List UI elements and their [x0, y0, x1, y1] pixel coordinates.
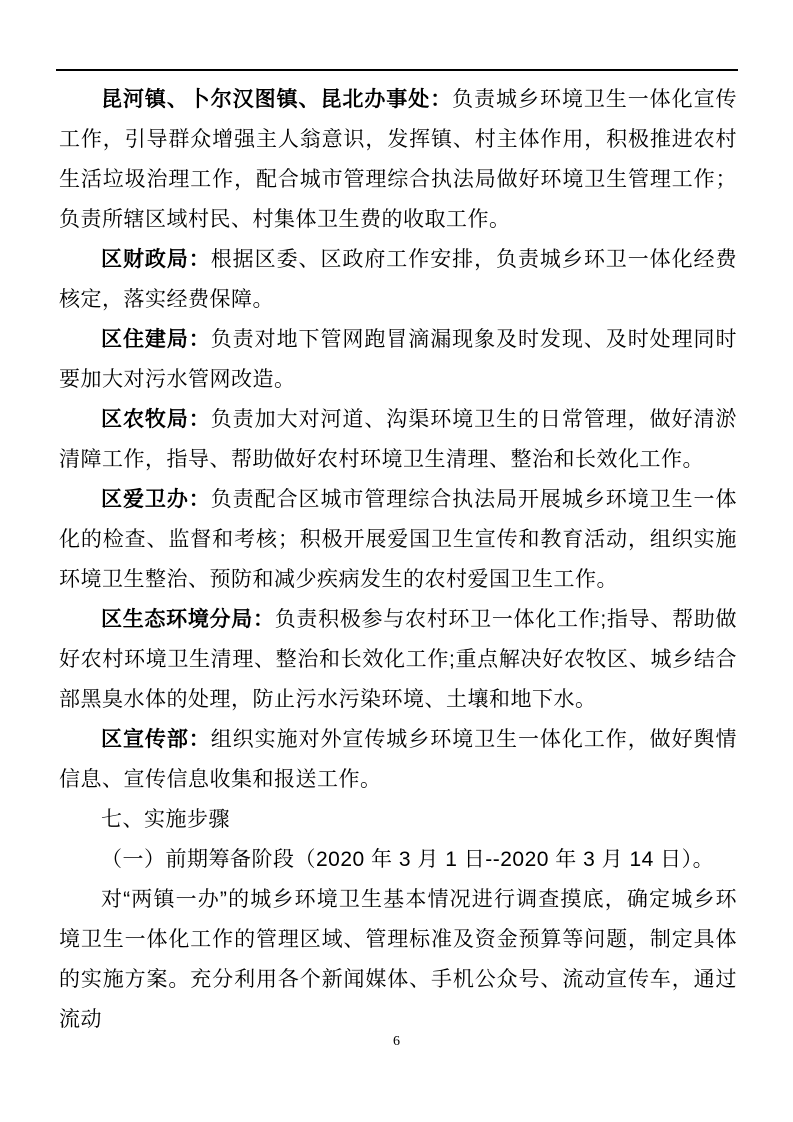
paragraph-lead: 区生态环境分局： [101, 608, 275, 631]
document-page: 昆河镇、卜尔汉图镇、昆北办事处：负责城乡环境卫生一体化宣传工作，引导群众增强主人… [0, 0, 793, 1122]
paragraph-lead: 区住建局： [101, 328, 211, 351]
paragraph-text: 对“两镇一办”的城乡环境卫生基本情况进行调查摸底，确定城乡环境卫生一体化工作的管… [59, 888, 737, 1031]
paragraph: 区爱卫办：负责配合区城市管理综合执法局开展城乡环境卫生一体化的检查、监督和考核；… [59, 480, 737, 600]
paragraph: 区财政局：根据区委、区政府工作安排，负责城乡环卫一体化经费核定，落实经费保障。 [59, 240, 737, 320]
page-number: 6 [393, 1034, 400, 1049]
document-body: 昆河镇、卜尔汉图镇、昆北办事处：负责城乡环境卫生一体化宣传工作，引导群众增强主人… [59, 80, 737, 1040]
paragraph-text: 七、实施步骤 [101, 808, 230, 831]
paragraph-text: （一）前期筹备阶段（2020 年 3 月 1 日--2020 年 3 月 14 … [101, 848, 714, 871]
paragraph: 昆河镇、卜尔汉图镇、昆北办事处：负责城乡环境卫生一体化宣传工作，引导群众增强主人… [59, 80, 737, 240]
page-footer: 6 [0, 1032, 793, 1052]
paragraph-lead: 区农牧局： [101, 408, 211, 431]
paragraph: 区住建局：负责对地下管网跑冒滴漏现象及时发现、及时处理同时要加大对污水管网改造。 [59, 320, 737, 400]
paragraph-lead: 区爱卫办： [101, 488, 211, 511]
paragraph: 区生态环境分局：负责积极参与农村环卫一体化工作;指导、帮助做好农村环境卫生清理、… [59, 600, 737, 720]
header-rule [56, 69, 738, 71]
paragraph-lead: 区宣传部： [101, 728, 211, 751]
paragraph: 七、实施步骤 [59, 800, 737, 840]
paragraph: 区宣传部：组织实施对外宣传城乡环境卫生一体化工作，做好舆情信息、宣传信息收集和报… [59, 720, 737, 800]
paragraph-lead: 区财政局： [101, 248, 211, 271]
paragraph: 对“两镇一办”的城乡环境卫生基本情况进行调查摸底，确定城乡环境卫生一体化工作的管… [59, 880, 737, 1040]
paragraph: （一）前期筹备阶段（2020 年 3 月 1 日--2020 年 3 月 14 … [59, 840, 737, 880]
paragraph-lead: 昆河镇、卜尔汉图镇、昆北办事处： [101, 88, 452, 111]
paragraph: 区农牧局：负责加大对河道、沟渠环境卫生的日常管理，做好清淤清障工作，指导、帮助做… [59, 400, 737, 480]
